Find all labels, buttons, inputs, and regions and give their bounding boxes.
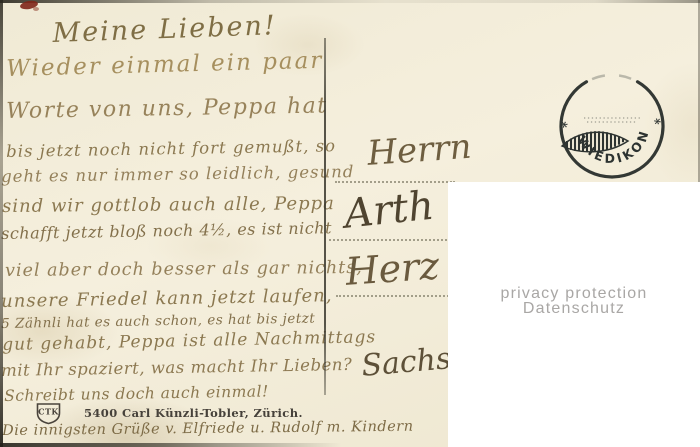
salutation: Meine Lieben! (52, 10, 277, 49)
scan-edge-bottom (0, 443, 360, 447)
closing-line: Die innigsten Grüße v. Elfriede u. Rudol… (2, 419, 414, 439)
message-line: viel aber doch besser als gar nichts, (5, 258, 363, 281)
address-dotted-line (335, 181, 455, 183)
address-dotted-line (329, 239, 455, 241)
message-line: schafft jetzt bloß noch 4½, es ist nicht (1, 218, 332, 243)
message-line: gut gehabt, Peppa ist alle Nachmittags (2, 327, 376, 355)
postmark-circle-faint-left (592, 76, 605, 80)
message-line: bis jetzt noch nicht fort gemußt, so (6, 136, 336, 161)
address-line-3: Herz (344, 243, 441, 293)
address-dotted-line (336, 295, 456, 297)
privacy-overlay: privacy protection Datenschutz (448, 182, 700, 447)
privacy-text-de: Datenschutz (448, 301, 700, 316)
scan-edge-left (0, 0, 3, 447)
address-line-2: Arth (342, 183, 436, 238)
postcard-scan: Meine Lieben! Wieder einmal ein paar Wor… (0, 0, 700, 447)
privacy-text-en: privacy protection (448, 286, 700, 301)
postmark-left-star: * (557, 119, 569, 135)
message-line: Worte von uns, Peppa hat (6, 93, 328, 124)
red-ink-dot (33, 7, 39, 11)
postmark-circle-faint-right (619, 76, 631, 79)
message-line: mit Ihr spaziert, was macht Ihr Lieben? (1, 355, 352, 380)
address-recipient: Herrn (366, 127, 473, 174)
message-line: geht es nur immer so leidlich, gesund (1, 162, 354, 186)
publisher-imprint: 5400 Carl Künzli-Tobler, Zürich. (84, 406, 303, 420)
postmark-dotted-rows (584, 118, 641, 122)
logo-monogram: CTK (38, 407, 59, 417)
privacy-text: privacy protection Datenschutz (448, 286, 700, 316)
message-line: unsere Friedel kann jetzt laufen, (1, 285, 333, 312)
message-line: sind wir gottlob auch alle, Peppa (2, 193, 335, 217)
postmark-stamp: WIEDIKON * * (537, 61, 687, 191)
scan-edge-top (0, 0, 700, 3)
divider-line (324, 38, 326, 395)
message-line: Wieder einmal ein paar (6, 48, 324, 82)
